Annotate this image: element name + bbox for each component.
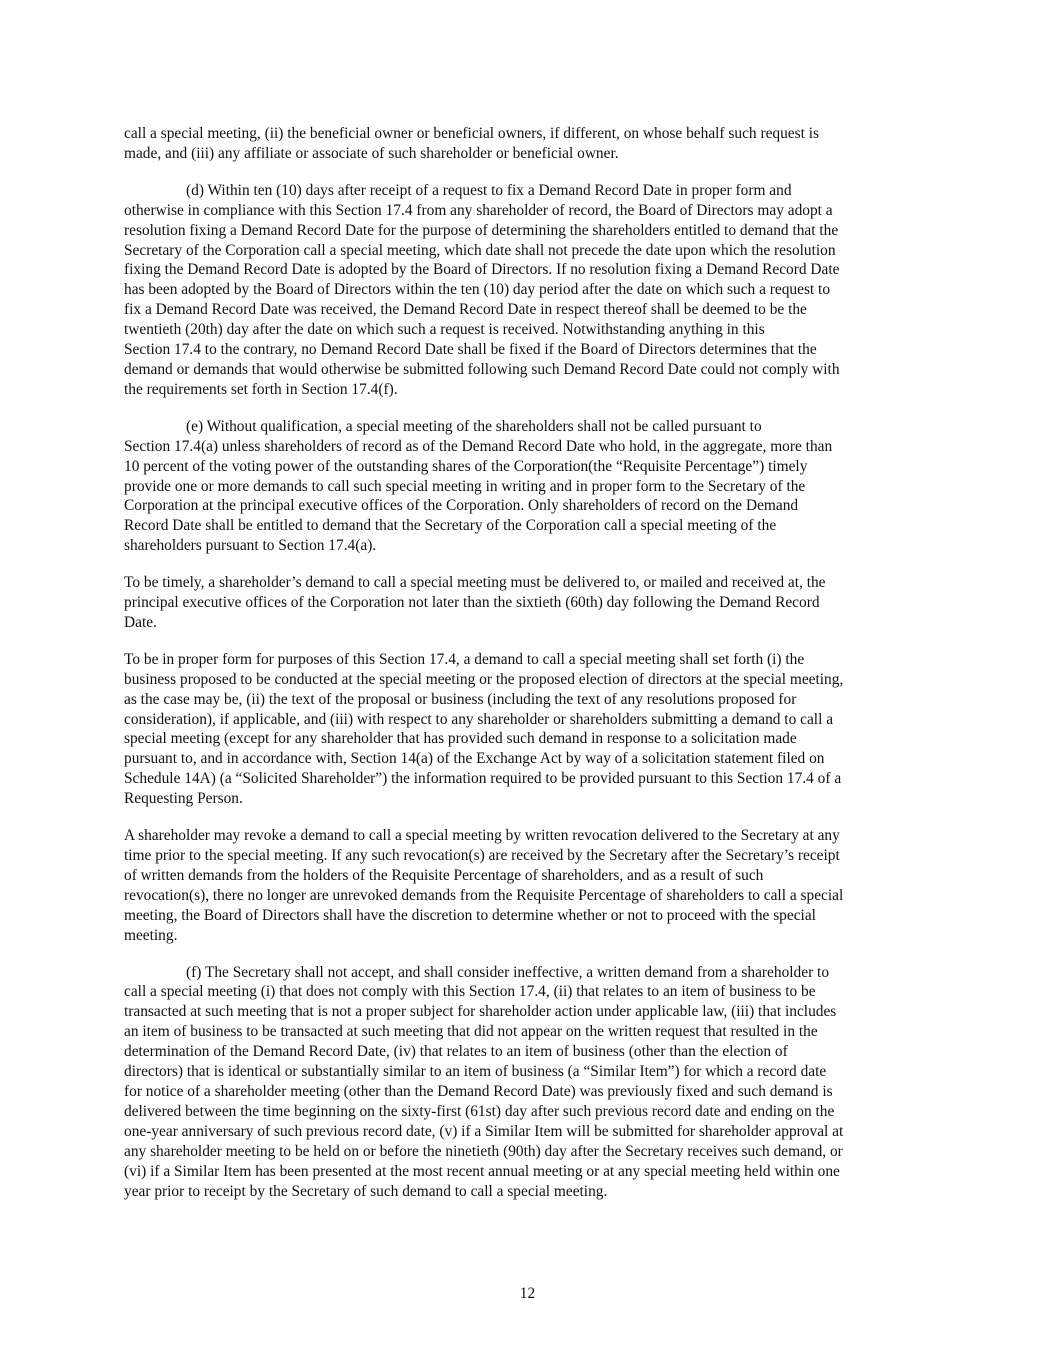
text-line: Schedule 14A) (a “Solicited Shareholder”… <box>124 769 944 789</box>
text-line: special meeting (except for any sharehol… <box>124 729 944 749</box>
text-line: an item of business to be transacted at … <box>124 1022 944 1042</box>
text-line: shareholders pursuant to Section 17.4(a)… <box>124 536 944 556</box>
text-line: Secretary of the Corporation call a spec… <box>124 241 944 261</box>
text-line: delivered between the time beginning on … <box>124 1102 944 1122</box>
text-line: demand or demands that would otherwise b… <box>124 360 944 380</box>
text-line: business proposed to be conducted at the… <box>124 670 944 690</box>
text-line: otherwise in compliance with this Sectio… <box>124 201 944 221</box>
text-line: for notice of a shareholder meeting (oth… <box>124 1082 944 1102</box>
paragraph-subsection-e: (e) Without qualification, a special mee… <box>124 417 944 556</box>
text-line: determination of the Demand Record Date,… <box>124 1042 944 1062</box>
text-line: To be in proper form for purposes of thi… <box>124 650 944 670</box>
paragraph-timely-demand: To be timely, a shareholder’s demand to … <box>124 573 944 633</box>
text-line: To be timely, a shareholder’s demand to … <box>124 573 944 593</box>
text-line: fix a Demand Record Date was received, t… <box>124 300 944 320</box>
text-line: transacted at such meeting that is not a… <box>124 1002 944 1022</box>
text-line: Section 17.4(a) unless shareholders of r… <box>124 437 944 457</box>
page-number: 12 <box>0 1284 1055 1304</box>
text-line: Corporation at the principal executive o… <box>124 496 944 516</box>
text-line-indented: (e) Without qualification, a special mee… <box>124 417 944 437</box>
text-line: as the case may be, (ii) the text of the… <box>124 690 944 710</box>
text-line: Section 17.4 to the contrary, no Demand … <box>124 340 944 360</box>
text-line: Requesting Person. <box>124 789 944 809</box>
text-line: twentieth (20th) day after the date on w… <box>124 320 944 340</box>
text-line: time prior to the special meeting. If an… <box>124 846 944 866</box>
document-page-body: call a special meeting, (ii) the benefic… <box>124 124 944 1218</box>
text-line: meeting. <box>124 926 944 946</box>
text-line: the requirements set forth in Section 17… <box>124 380 944 400</box>
text-line: any shareholder meeting to be held on or… <box>124 1142 944 1162</box>
text-line: call a special meeting (i) that does not… <box>124 982 944 1002</box>
paragraph-subsection-f: (f) The Secretary shall not accept, and … <box>124 963 944 1202</box>
text-line: consideration), if applicable, and (iii)… <box>124 710 944 730</box>
text-line: (vi) if a Similar Item has been presente… <box>124 1162 944 1182</box>
text-line: year prior to receipt by the Secretary o… <box>124 1182 944 1202</box>
text-line: provide one or more demands to call such… <box>124 477 944 497</box>
paragraph-revocation: A shareholder may revoke a demand to cal… <box>124 826 944 945</box>
text-line-indented: (d) Within ten (10) days after receipt o… <box>124 181 944 201</box>
text-line: 10 percent of the voting power of the ou… <box>124 457 944 477</box>
paragraph-subsection-d: (d) Within ten (10) days after receipt o… <box>124 181 944 400</box>
text-line: made, and (iii) any affiliate or associa… <box>124 144 944 164</box>
paragraph-proper-form: To be in proper form for purposes of thi… <box>124 650 944 809</box>
text-line: pursuant to, and in accordance with, Sec… <box>124 749 944 769</box>
text-line: resolution fixing a Demand Record Date f… <box>124 221 944 241</box>
paragraph-continuation: call a special meeting, (ii) the benefic… <box>124 124 944 164</box>
text-line: fixing the Demand Record Date is adopted… <box>124 260 944 280</box>
text-line-indented: (f) The Secretary shall not accept, and … <box>124 963 944 983</box>
text-line: A shareholder may revoke a demand to cal… <box>124 826 944 846</box>
text-line: Date. <box>124 613 944 633</box>
text-line: revocation(s), there no longer are unrev… <box>124 886 944 906</box>
text-line: principal executive offices of the Corpo… <box>124 593 944 613</box>
text-line: of written demands from the holders of t… <box>124 866 944 886</box>
text-line: has been adopted by the Board of Directo… <box>124 280 944 300</box>
text-line: Record Date shall be entitled to demand … <box>124 516 944 536</box>
text-line: meeting, the Board of Directors shall ha… <box>124 906 944 926</box>
text-line: directors) that is identical or substant… <box>124 1062 944 1082</box>
text-line: call a special meeting, (ii) the benefic… <box>124 124 944 144</box>
text-line: one-year anniversary of such previous re… <box>124 1122 944 1142</box>
